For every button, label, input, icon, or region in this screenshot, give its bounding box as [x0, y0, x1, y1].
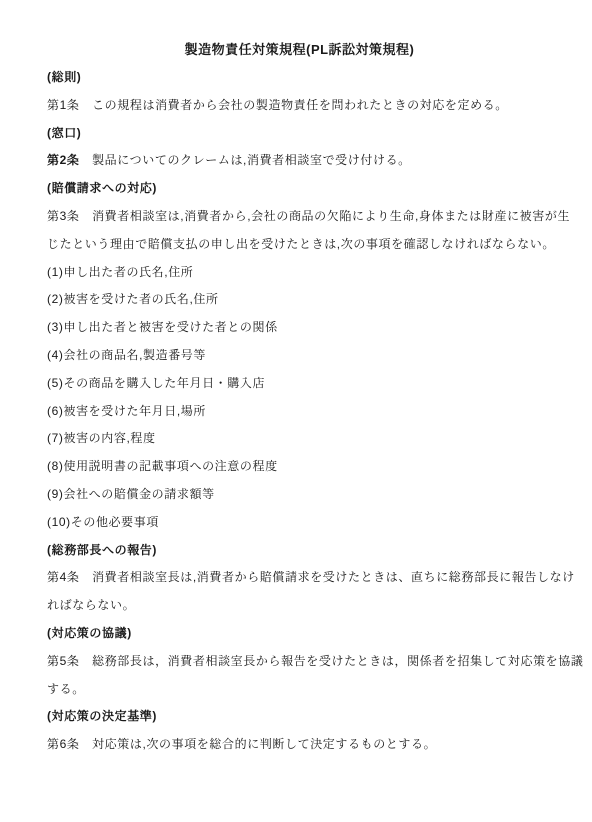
document-title: 製造物責任対策規程(PL訴訟対策規程) — [47, 36, 552, 64]
text-line-rest: 製品についてのクレームは,消費者相談室で受け付ける。 — [79, 153, 410, 167]
text-line: する。 — [47, 676, 552, 704]
document-body: (総則)第1条 この規程は消費者から会社の製造物責任を問われたときの対応を定める… — [47, 64, 552, 759]
section-heading: (対応策の決定基準) — [47, 703, 552, 731]
section-heading: (総則) — [47, 64, 552, 92]
text-line: (9)会社への賠償金の請求額等 — [47, 481, 552, 509]
text-line: 第1条 この規程は消費者から会社の製造物責任を問われたときの対応を定める。 — [47, 92, 552, 120]
text-line: じたという理由で賠償支払の申し出を受けたときは,次の事項を確認しなければならない… — [47, 231, 552, 259]
section-heading: (総務部長への報告) — [47, 537, 552, 565]
text-line: 第5条 総務部長は，消費者相談室長から報告を受けたときは，関係者を招集して対応策… — [47, 648, 552, 676]
text-line: (7)被害の内容,程度 — [47, 425, 552, 453]
text-line: (10)その他必要事項 — [47, 509, 552, 537]
text-line: (5)その商品を購入した年月日・購入店 — [47, 370, 552, 398]
text-line: 第6条 対応策は,次の事項を総合的に判断して決定するものとする。 — [47, 731, 552, 759]
text-line: (2)被害を受けた者の氏名,住所 — [47, 286, 552, 314]
section-heading: (対応策の協議) — [47, 620, 552, 648]
text-line: ればならない。 — [47, 592, 552, 620]
text-line: (4)会社の商品名,製造番号等 — [47, 342, 552, 370]
article-number: 第2条 — [47, 153, 79, 167]
text-line: 第2条 製品についてのクレームは,消費者相談室で受け付ける。 — [47, 147, 552, 175]
text-line: (1)申し出た者の氏名,住所 — [47, 259, 552, 287]
document-page: 製造物責任対策規程(PL訴訟対策規程) (総則)第1条 この規程は消費者から会社… — [0, 0, 592, 822]
text-line: (3)申し出た者と被害を受けた者との関係 — [47, 314, 552, 342]
text-line: (8)使用説明書の記載事項への注意の程度 — [47, 453, 552, 481]
section-heading: (窓口) — [47, 120, 552, 148]
text-line: (6)被害を受けた年月日,場所 — [47, 398, 552, 426]
section-heading: (賠償請求への対応) — [47, 175, 552, 203]
text-line: 第4条 消費者相談室長は,消費者から賠償請求を受けたときは、直ちに総務部長に報告… — [47, 564, 552, 592]
text-line: 第3条 消費者相談室は,消費者から,会社の商品の欠陥により生命,身体または財産に… — [47, 203, 552, 231]
